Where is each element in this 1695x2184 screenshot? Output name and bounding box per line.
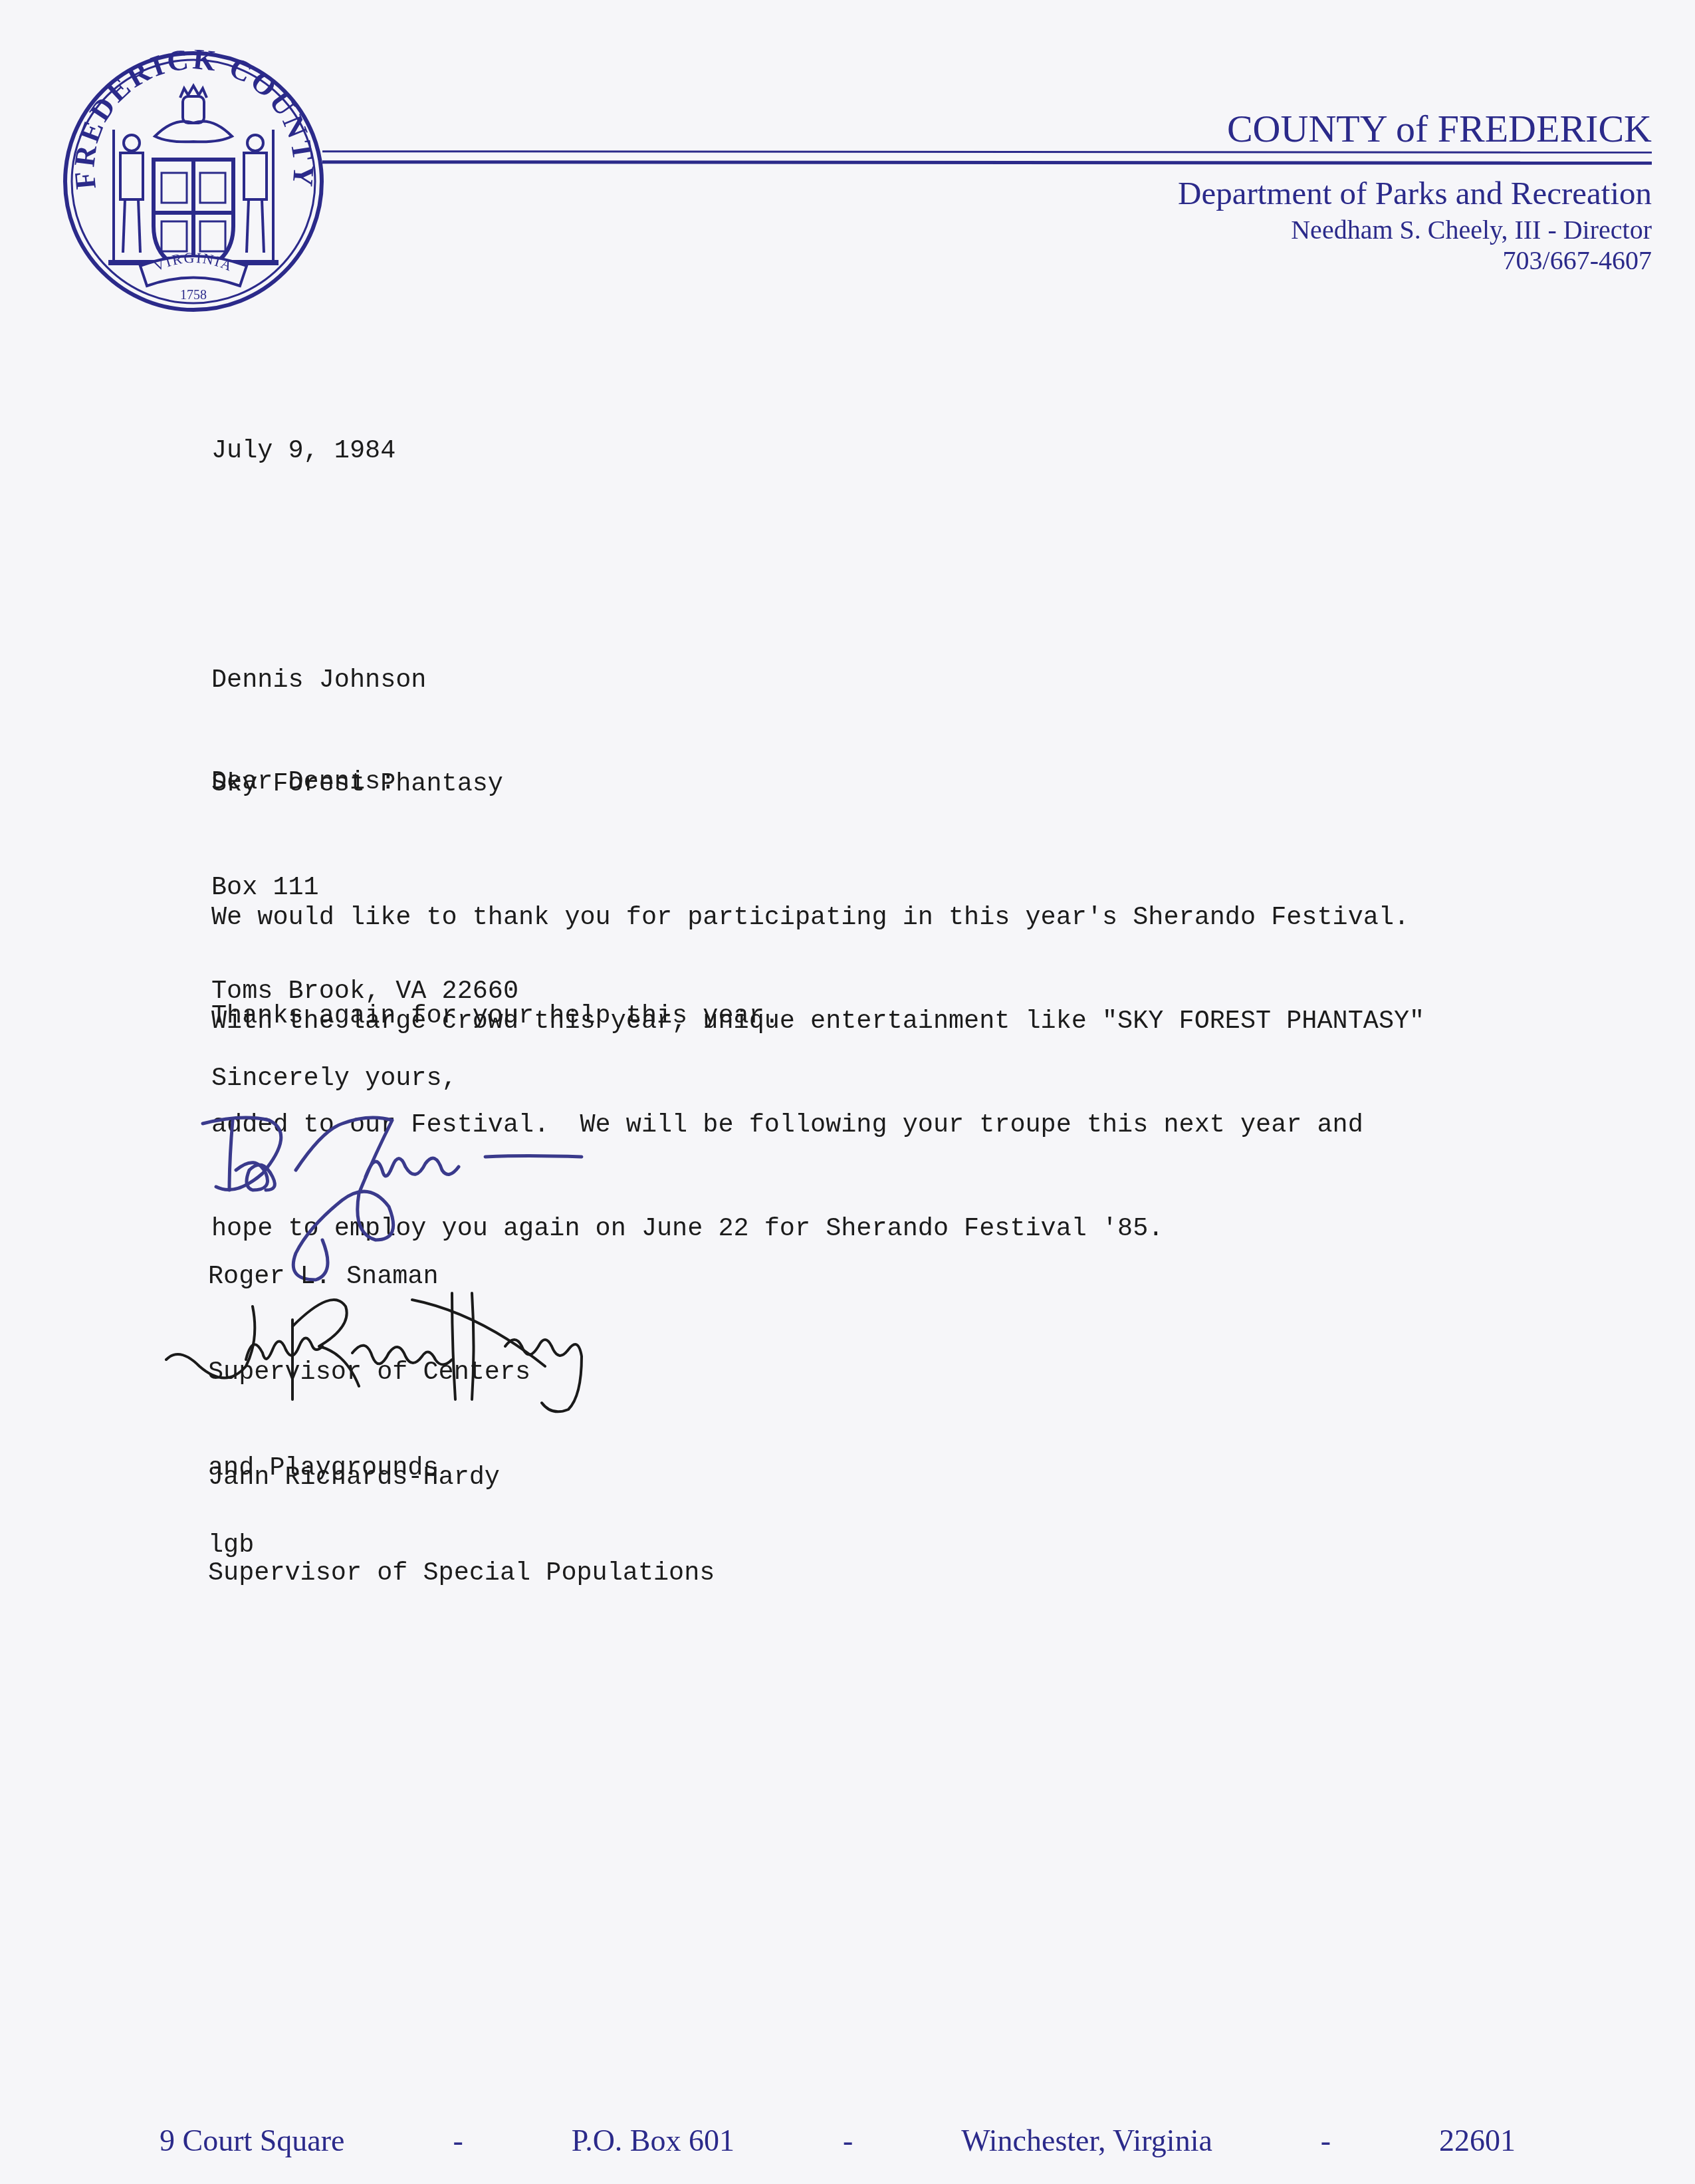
thanks-line: Thanks again for your help this year. [211, 999, 780, 1033]
footer-separator: - [453, 2123, 463, 2158]
signatory-name: Roger L. Snaman [208, 1261, 530, 1292]
phone-number: 703/667-4607 [1503, 245, 1652, 276]
svg-text:1758: 1758 [180, 288, 207, 303]
footer-street: 9 Court Square [160, 2123, 345, 2158]
recipient-name: Dennis Johnson [211, 663, 518, 697]
letterhead-rule-thick [322, 160, 1652, 165]
county-seal-icon: FREDERICK COUNTY VIRGI [62, 50, 325, 313]
letter-date: July 9, 1984 [211, 433, 395, 468]
footer-separator: - [843, 2123, 853, 2158]
county-seal: FREDERICK COUNTY VIRGI [62, 50, 325, 313]
salutation: Dear Dennis: [211, 765, 395, 799]
signatory-title: Supervisor of Centers [208, 1356, 530, 1388]
body-line: added to our Festival. We will be follow… [211, 1108, 1424, 1142]
footer-po-box: P.O. Box 601 [572, 2123, 734, 2158]
body-line: We would like to thank you for participa… [211, 900, 1424, 935]
typist-initials: lgb [208, 1528, 254, 1562]
director-line: Needham S. Cheely, III - Director [1291, 214, 1652, 245]
signatory-name: Jann Richards-Hardy [208, 1461, 715, 1493]
footer-zip: 22601 [1439, 2123, 1516, 2158]
closing: Sincerely yours, [211, 1061, 457, 1096]
signatory-title: Supervisor of Special Populations [208, 1557, 715, 1589]
footer-city-state: Winchester, Virginia [961, 2123, 1212, 2158]
footer-separator: - [1321, 2123, 1331, 2158]
footer-address: 9 Court Square - P.O. Box 601 - Winchest… [160, 2123, 1516, 2158]
county-title: COUNTY of FREDERICK [1227, 106, 1652, 151]
signatory-jann-richards-hardy: Jann Richards-Hardy Supervisor of Specia… [208, 1397, 715, 1621]
department-name: Department of Parks and Recreation [1178, 174, 1652, 212]
